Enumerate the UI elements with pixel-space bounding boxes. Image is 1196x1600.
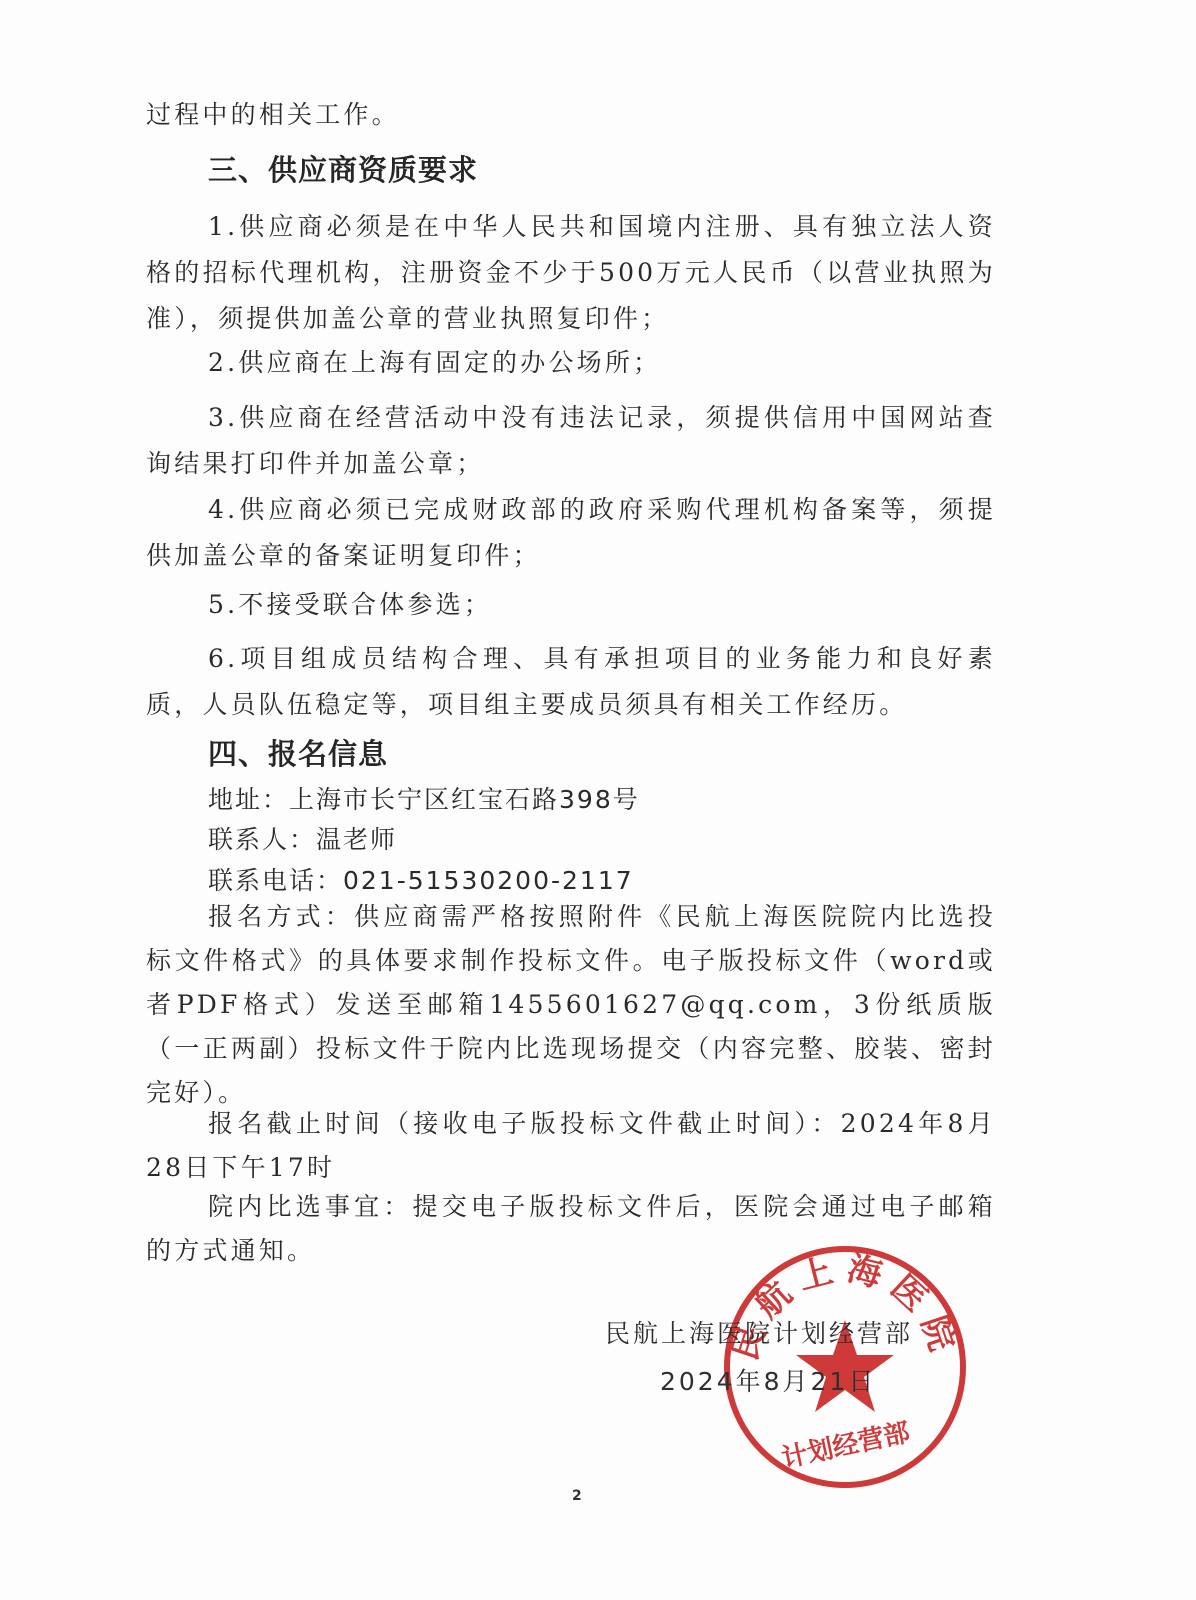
issuing-department: 民航上海医院计划经营部 <box>605 1314 913 1350</box>
seal-bottom-text: 计划经营部 <box>779 1418 912 1474</box>
page-number: 2 <box>572 1488 582 1504</box>
section-heading-registration-info: 四、报名信息 <box>208 732 388 773</box>
requirement-item-1: 1.供应商必须是在中华人民共和国境内注册、具有独立法人资格的招标代理机构，注册资… <box>146 204 996 342</box>
requirement-item-2: 2.供应商在上海有固定的办公场所； <box>146 340 996 386</box>
issue-date: 2024年8月21日 <box>660 1362 876 1398</box>
document-page: 过程中的相关工作。 三、供应商资质要求 1.供应商必须是在中华人民共和国境内注册… <box>0 0 1196 1600</box>
registration-deadline: 报名截止时间（接收电子版投标文件截止时间）：2024年8月28日下午17时 <box>146 1102 996 1190</box>
contact-person-line: 联系人：温老师 <box>208 820 397 856</box>
address-line: 地址：上海市长宁区红宝石路398号 <box>208 780 640 816</box>
requirement-item-5: 5.不接受联合体参选； <box>146 582 996 628</box>
registration-method: 报名方式：供应商需严格按照附件《民航上海医院院内比选投标文件格式》的具体要求制作… <box>146 895 996 1115</box>
requirement-item-3: 3.供应商在经营活动中没有违法记录，须提供信用中国网站查询结果打印件并加盖公章； <box>146 395 996 487</box>
contact-phone-line: 联系电话：021-51530200-2117 <box>208 861 634 897</box>
section-heading-supplier-qualifications: 三、供应商资质要求 <box>208 148 478 189</box>
continuation-text: 过程中的相关工作。 <box>146 92 996 138</box>
requirement-item-6: 6.项目组成员结构合理、具有承担项目的业务能力和良好素质，人员队伍稳定等，项目组… <box>146 636 996 728</box>
requirement-item-4: 4.供应商必须已完成财政部的政府采购代理机构备案等，须提供加盖公章的备案证明复印… <box>146 487 996 579</box>
